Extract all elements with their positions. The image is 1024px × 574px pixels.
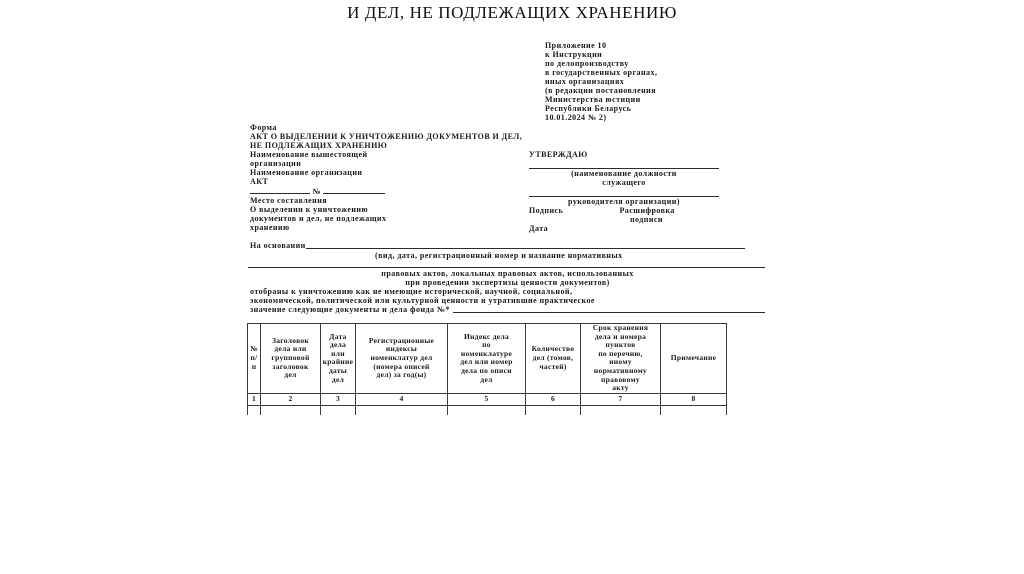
subject-line: документов и дел, не подлежащих [250, 214, 520, 223]
column-number: 4 [356, 393, 448, 405]
position-hint-line: служащего [529, 178, 719, 187]
appendix-line: 10.01.2024 № 2) [545, 113, 657, 122]
table-empty-cell [356, 405, 448, 415]
documents-table: № п/п Заголовок дела или групповой загол… [247, 323, 727, 415]
basis-body-line: значение следующие документы и дела фонд… [250, 305, 765, 314]
signature-label: Подпись [529, 206, 617, 215]
form-label: Форма [250, 123, 522, 132]
basis-line: На основании [250, 241, 745, 250]
position-blank-line [529, 159, 719, 169]
appendix-line: иных организациях [545, 77, 657, 86]
fond-number-blank-line [453, 305, 765, 313]
header-cell-nomenclature: Индекс дела по номенклатуре дел или номе… [448, 324, 526, 394]
fond-number-label: значение следующие документы и дела фонд… [250, 305, 450, 314]
signature-decode-label: Расшифровка [619, 206, 674, 215]
position-blank-line [529, 187, 719, 197]
higher-org-line: Наименование вышестоящей [250, 150, 520, 159]
table-empty-row [248, 405, 727, 415]
act-label: АКТ [250, 177, 520, 186]
appendix-line: Республики Беларусь [545, 104, 657, 113]
act-number-line: № [250, 186, 520, 196]
act-title-line1: АКТ О ВЫДЕЛЕНИИ К УНИЧТОЖЕНИЮ ДОКУМЕНТОВ… [250, 132, 522, 141]
subject-line: О выделении к уничтожению [250, 205, 520, 214]
number-sign: № [312, 187, 321, 196]
header-cell-retention: Срок хранения дела и номера пунктов по п… [581, 324, 661, 394]
header-cell-index: № п/п [248, 324, 261, 394]
basis-blank-line [306, 241, 745, 249]
appendix-block: Приложение 10 к Инструкции по делопроизв… [545, 41, 657, 122]
column-number: 8 [661, 393, 727, 405]
appendix-line: Министерства юстиции [545, 95, 657, 104]
higher-org-line: организации [250, 159, 520, 168]
basis-body-line: экономической, политической или культурн… [250, 296, 765, 305]
table-empty-cell [448, 405, 526, 415]
subject-line: хранению [250, 223, 520, 232]
organization-block: Наименование вышестоящей организации Наи… [250, 150, 520, 232]
appendix-line: Приложение 10 [545, 41, 657, 50]
basis-body: правовых актов, локальных правовых актов… [250, 269, 765, 314]
table-empty-cell [526, 405, 581, 415]
header-cell-dates: Дата дела или крайние даты дел [321, 324, 356, 394]
basis-hint-line: правовых актов, локальных правовых актов… [250, 269, 765, 278]
table-empty-cell [261, 405, 321, 415]
appendix-line: (в редакции постановления [545, 86, 657, 95]
date-blank-line [250, 186, 310, 194]
table-empty-cell [581, 405, 661, 415]
header-cell-title: Заголовок дела или групповой заголовок д… [261, 324, 321, 394]
column-number: 6 [526, 393, 581, 405]
position-hint-line: руководителя организации) [529, 197, 719, 206]
basis-hint-line: при проведении экспертизы ценности докум… [250, 278, 765, 287]
table-empty-cell [321, 405, 356, 415]
column-number: 2 [261, 393, 321, 405]
header-cell-registration: Регистрационные индексы номенклатур дел … [356, 324, 448, 394]
appendix-line: к Инструкции [545, 50, 657, 59]
table-header-row: № п/п Заголовок дела или групповой загол… [248, 324, 727, 394]
basis-body-line: отобраны к уничтожению как не имеющие ис… [250, 287, 765, 296]
date-label: Дата [529, 224, 719, 233]
column-number: 5 [448, 393, 526, 405]
table-empty-cell [248, 405, 261, 415]
basis-label: На основании [250, 241, 306, 250]
column-number-row: 1 2 3 4 5 6 7 8 [248, 393, 727, 405]
header-cell-quantity: Количество дел (томов, частей) [526, 324, 581, 394]
signature-row: Подпись Расшифровка [529, 206, 719, 215]
basis-blank-line [248, 258, 765, 268]
position-hint-line: (наименование должности [529, 169, 719, 178]
approve-label: УТВЕРЖДАЮ [529, 150, 719, 159]
table-empty-cell [661, 405, 727, 415]
signature-decode-label: подписи [630, 215, 719, 224]
appendix-line: по делопроизводству [545, 59, 657, 68]
approve-block: УТВЕРЖДАЮ (наименование должности служащ… [529, 150, 719, 233]
document-page: И ДЕЛ, НЕ ПОДЛЕЖАЩИХ ХРАНЕНИЮ Приложение… [0, 0, 1024, 574]
place-label: Место составления [250, 196, 520, 205]
column-number: 7 [581, 393, 661, 405]
column-number: 3 [321, 393, 356, 405]
column-number: 1 [248, 393, 261, 405]
form-head: Форма АКТ О ВЫДЕЛЕНИИ К УНИЧТОЖЕНИЮ ДОКУ… [250, 123, 522, 150]
act-title-line2: НЕ ПОДЛЕЖАЩИХ ХРАНЕНИЮ [250, 141, 522, 150]
org-name-line: Наименование организации [250, 168, 520, 177]
number-blank-line [323, 186, 385, 194]
page-title: И ДЕЛ, НЕ ПОДЛЕЖАЩИХ ХРАНЕНИЮ [0, 3, 1024, 23]
header-cell-note: Примечание [661, 324, 727, 394]
appendix-line: в государственных органах, [545, 68, 657, 77]
